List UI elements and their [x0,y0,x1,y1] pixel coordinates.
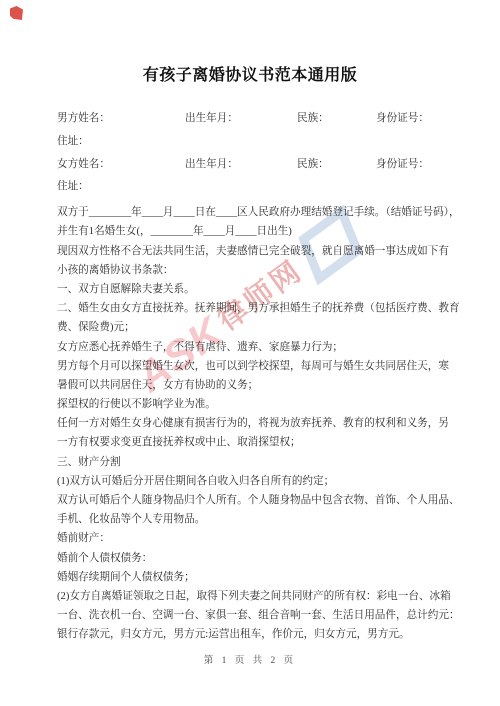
husband-id-label: 身份证号： [376,108,449,131]
body-line: 婚前财产： [57,529,449,548]
page-footer: 第 1 页 共 2 页 [0,652,500,666]
husband-address-row: 住址： [57,131,449,154]
page-title: 有孩子离婚协议书范本通用版 [0,62,500,85]
husband-address-label: 住址： [57,131,89,154]
body-line: 双方认可婚后个人随身物品归个人所有。个人随身物品中包含衣物、首饰、个人用品、 [57,491,449,510]
body-line: 男方每个月可以探望婚生女次，也可以到学校探望，每周可与婚生女共同居住天，寒 [57,357,449,376]
husband-ethnicity-label: 民族： [297,108,376,131]
body-line: 三、财产分割 [57,453,449,472]
body-line: 银行存款元，归女方元，男方元:运营出租车，作价元，归女方元，男方元。 [57,625,449,644]
corner-stamp-icon [10,6,23,20]
wife-birth-label: 出生年月： [185,154,297,177]
body-line: 一、双方自愿解除夫妻关系。 [57,280,449,299]
body-line: 一方有权要求变更直接抚养权或中止、取消探望权； [57,433,449,452]
body-line: (2)女方自离婚证领取之日起，取得下列夫妻之间共同财产的所有权：彩电一台、冰箱 [57,587,449,606]
body-line: 费、保险费)元； [57,318,449,337]
body-line: 任何一方对婚生女身心健康有损害行为的，将视为放弃抚养、教育的权利和义务，另 [57,414,449,433]
document-page: ASK 律师网 有孩子离婚协议书范本通用版 男方姓名： 出生年月： 民族： 身份… [0,0,500,706]
wife-ethnicity-label: 民族： [297,154,376,177]
body-line: (1)双方认可婚后分开居住期间各自收入归各自所有的约定； [57,472,449,491]
body-text: 双方于________年____月____日在____区人民政府办理结婚登记手续… [57,203,449,644]
wife-id-label: 身份证号： [376,154,449,177]
husband-birth-label: 出生年月： [185,108,297,131]
body-line: 婚姻存续期间个人债权债务； [57,568,449,587]
body-line: 双方于________年____月____日在____区人民政府办理结婚登记手续… [57,203,449,222]
husband-info-row: 男方姓名： 出生年月： 民族： 身份证号： [57,108,449,131]
wife-info-row: 女方姓名： 出生年月： 民族： 身份证号： [57,154,449,177]
wife-address-label: 住址： [57,176,89,199]
document-content: 男方姓名： 出生年月： 民族： 身份证号： 住址： 女方姓名： 出生年月： 民族… [57,108,449,645]
body-line: 暑假可以共同居住天，女方有协助的义务； [57,376,449,395]
body-line: 婚前个人债权债务： [57,549,449,568]
body-line: 二、婚生女由女方直接抚养。抚养期间，男方承担婚生子的抚养费（包括医疗费、教育 [57,299,449,318]
body-line: 手机、化妆品等个人专用物品。 [57,510,449,529]
husband-name-label: 男方姓名： [57,108,185,131]
body-line: 女方应悉心抚养婚生子，不得有虐待、遗弃、家庭暴力行为； [57,338,449,357]
wife-name-label: 女方姓名： [57,154,185,177]
wife-address-row: 住址： [57,176,449,199]
body-line: 探望权的行使以不影响学业为准。 [57,395,449,414]
body-line: 现因双方性格不合无法共同生活，夫妻感情已完全破裂，就自愿离婚一事达成如下有 [57,242,449,261]
body-line: 小孩的离婚协议书条款： [57,261,449,280]
body-line: 一台、洗衣机一台、空调一台、家俱一套、组合音响一套、生活日用品件，总计约元： [57,606,449,625]
body-line: 并生有1名婚生女(，________年____月____日出生) [57,222,449,241]
